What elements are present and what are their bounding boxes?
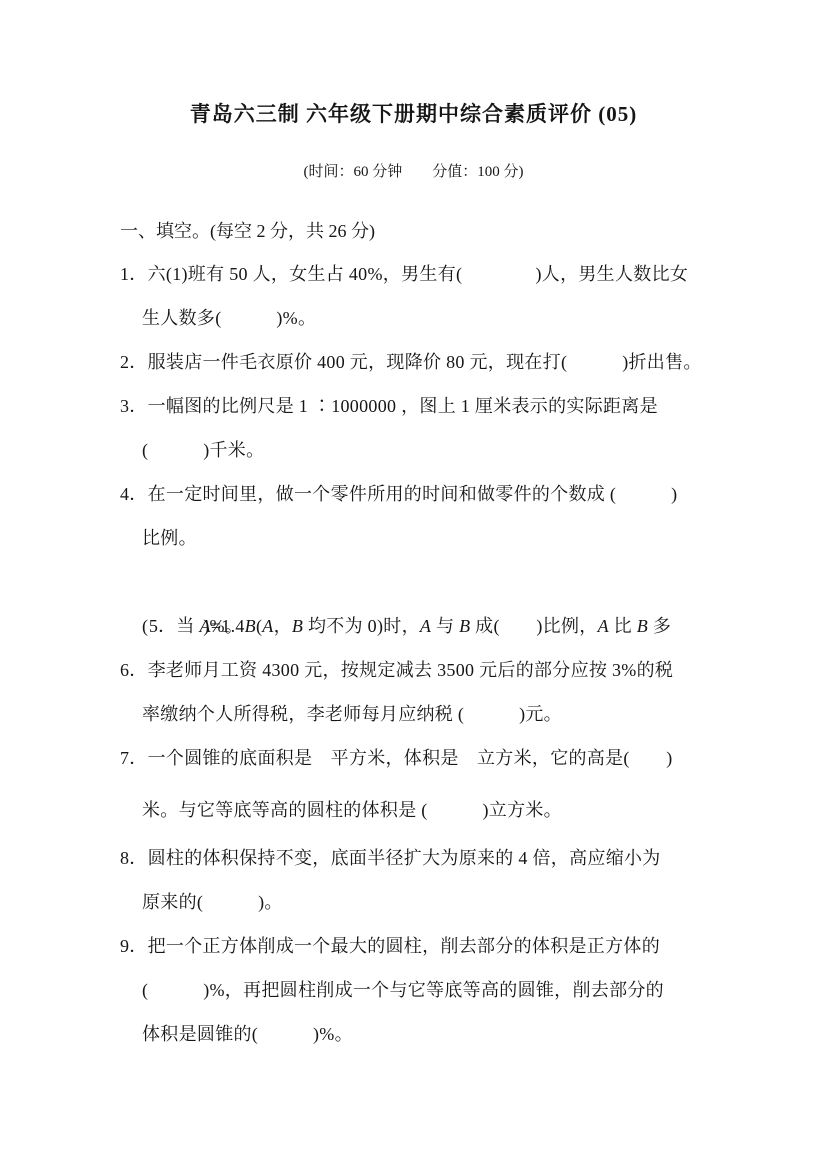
question-6-line-2: 率缴纳个人所得税，李老师每月应纳税 ( )元。 — [120, 692, 740, 736]
question-4-line-2: 比例。 — [120, 516, 740, 560]
question-9-line-2: ( )%，再把圆柱削成一个与它等底等高的圆锥，削去部分的 — [120, 968, 740, 1012]
q5-var-A3: A — [420, 616, 431, 636]
question-7-line-2: 米。与它等底等高的圆柱的体积是 ( )立方米。 — [120, 788, 740, 832]
question-7-line-1: 7．一个圆锥的底面积是 平方米，体积是 立方米，它的高是( ) — [120, 736, 740, 780]
q5-seg-12: 成( )比例， — [470, 616, 597, 636]
exam-info: (时间：60 分钟 分值：100 分) — [0, 159, 827, 185]
question-9-line-3: 体积是圆锥的( )%。 — [120, 1012, 740, 1056]
question-9-line-1: 9．把一个正方体削成一个最大的圆柱，削去部分的体积是正方体的 — [120, 924, 740, 968]
question-5-line-1: 5．当 A=1.4B(A，B 均不为 0)时，A 与 B 成( )比例，A 比 … — [120, 560, 740, 604]
question-3-line-1: 3．一幅图的比例尺是 1 ∶1000000 ，图上 1 厘米表示的实际距离是 — [120, 384, 740, 428]
question-1-line-2: 生人数多( )%。 — [120, 296, 740, 340]
q5-seg-6: ， — [274, 616, 292, 636]
q5-seg-14: 比 — [609, 616, 637, 636]
exam-paper-page: 青岛六三制 六年级下册期中综合素质评价 (05) (时间：60 分钟 分值：10… — [0, 0, 827, 1169]
section-heading: 一、填空。(每空 2 分，共 26 分) — [120, 217, 375, 245]
question-4-line-1: 4．在一定时间里，做一个零件所用的时间和做零件的个数成 ( ) — [120, 472, 740, 516]
question-6-line-1: 6．李老师月工资 4300 元，按规定减去 3500 元后的部分应按 3%的税 — [120, 648, 740, 692]
question-2-line-1: 2．服装店一件毛衣原价 400 元，现降价 80 元，现在打( )折出售。 — [120, 340, 740, 384]
question-3-line-2: ( )千米。 — [120, 428, 740, 472]
q5-seg-8: 均不为 0)时， — [303, 616, 420, 636]
q5-seg-10: 与 — [431, 616, 459, 636]
q5-seg-16: 多 — [648, 616, 671, 636]
q5-var-A4: A — [598, 616, 609, 636]
q5-var-B3: B — [459, 616, 470, 636]
paper-title: 青岛六三制 六年级下册期中综合素质评价 (05) — [0, 98, 827, 130]
q5-var-B: B — [245, 616, 256, 636]
q5-var-B2: B — [292, 616, 303, 636]
question-8-line-2: 原来的( )。 — [120, 880, 740, 924]
q5-var-A2: A — [262, 616, 273, 636]
q5-var-B4: B — [637, 616, 648, 636]
questions-area: 1．六(1)班有 50 人，女生占 40%，男生有( )人，男生人数比女 生人数… — [120, 252, 740, 1056]
question-8-line-1: 8．圆柱的体积保持不变，底面半径扩大为原来的 4 倍，高应缩小为 — [120, 836, 740, 880]
question-1-line-1: 1．六(1)班有 50 人，女生占 40%，男生有( )人，男生人数比女 — [120, 252, 740, 296]
